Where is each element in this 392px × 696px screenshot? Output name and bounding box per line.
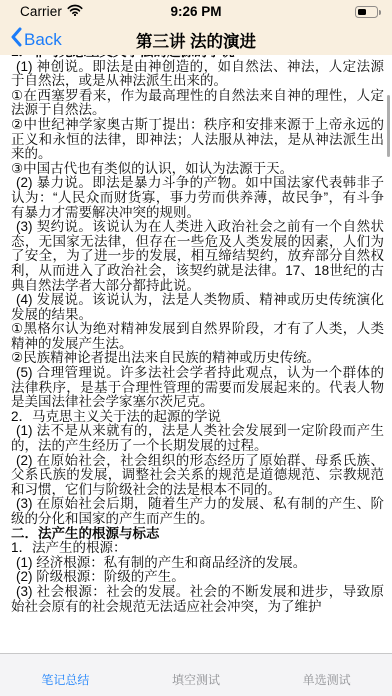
nav-bar: 第三讲 法的演进 Back	[0, 22, 392, 55]
chevron-left-icon	[10, 27, 22, 52]
app-window: Carrier 9:26 PM 第三讲 法的演进	[0, 0, 392, 696]
content-paragraph: (2) 阶级根源：阶级的产生。	[11, 570, 384, 585]
battery-fill	[358, 9, 366, 16]
content-paragraph: 二．法产生的根源与标志	[11, 527, 384, 542]
content-paragraph: ①在西塞罗看来，作为最高理性的自然法来自神的理性，人定法源于自然法。	[11, 89, 384, 118]
tab-item[interactable]: 填空测试	[131, 654, 262, 696]
battery-icon	[355, 6, 378, 18]
content-paragraph: (4) 发展说。该说认为，法是人类物质、精神或历史传统演化发展的结果。	[11, 293, 384, 322]
content-paragraph: (5) 合理管理说。许多法社会学者持此观点，认为一个群体的法律秩序，是基于合理性…	[11, 366, 384, 410]
notes-content[interactable]: 1．非马克思主义关于法的起源的学说(1) 神创说。即法是由神创造的，如自然法、神…	[0, 55, 392, 653]
back-button[interactable]: Back	[10, 27, 62, 52]
content-paragraph: (3) 社会根源：社会的发展。社会的不断发展和进步，导致原始社会原有的社会规范无…	[11, 585, 384, 614]
content-paragraph: (2) 在原始社会，社会组织的形态经历了原始群、母系氏族、父系氏族的发展，调整社…	[11, 454, 384, 498]
tab-item[interactable]: 单选测试	[261, 654, 392, 696]
scrollbar[interactable]	[387, 95, 390, 157]
status-bar: Carrier 9:26 PM	[0, 0, 392, 22]
content-paragraph: (3) 契约说。该说认为在人类进入政治社会之前有一个自然状态，无国家无法律，但存…	[11, 220, 384, 293]
tab-bar: 笔记总结填空测试单选测试	[0, 653, 392, 696]
content-paragraph: (1) 法不是从来就有的，法是人类社会发展到一定阶段而产生的，法的产生经历了一个…	[11, 424, 384, 453]
content-paragraph: (1) 神创说。即法是由神创造的，如自然法、神法，人定法源于自然法，或是从神法派…	[11, 60, 384, 89]
content-paragraph: (2) 暴力说。即法是暴力斗争的产物。如中国法家代表韩非子认为：“人民众而财货寡…	[11, 176, 384, 220]
clock: 9:26 PM	[0, 4, 392, 19]
content-paragraph: ②中世纪神学家奥古斯丁提出：秩序和安排来源于上帝永远的正义和永恒的法律，即神法；…	[11, 118, 384, 162]
content-paragraph: ②民族精神论者提出法来自民族的精神或历史传统。	[11, 351, 384, 366]
header: Carrier 9:26 PM 第三讲 法的演进	[0, 0, 392, 55]
content-paragraph: 1．法产生的根源：	[11, 541, 384, 556]
content-paragraph: ①黑格尔认为绝对精神发展到自然界阶段，才有了人类，人类精神的发展产生法。	[11, 322, 384, 351]
tab-item[interactable]: 笔记总结	[0, 654, 131, 696]
content-paragraph: (3) 在原始社会后期，随着生产力的发展、私有制的产生、阶级的分化和国家的产生而…	[11, 497, 384, 526]
back-button-label: Back	[24, 30, 62, 50]
